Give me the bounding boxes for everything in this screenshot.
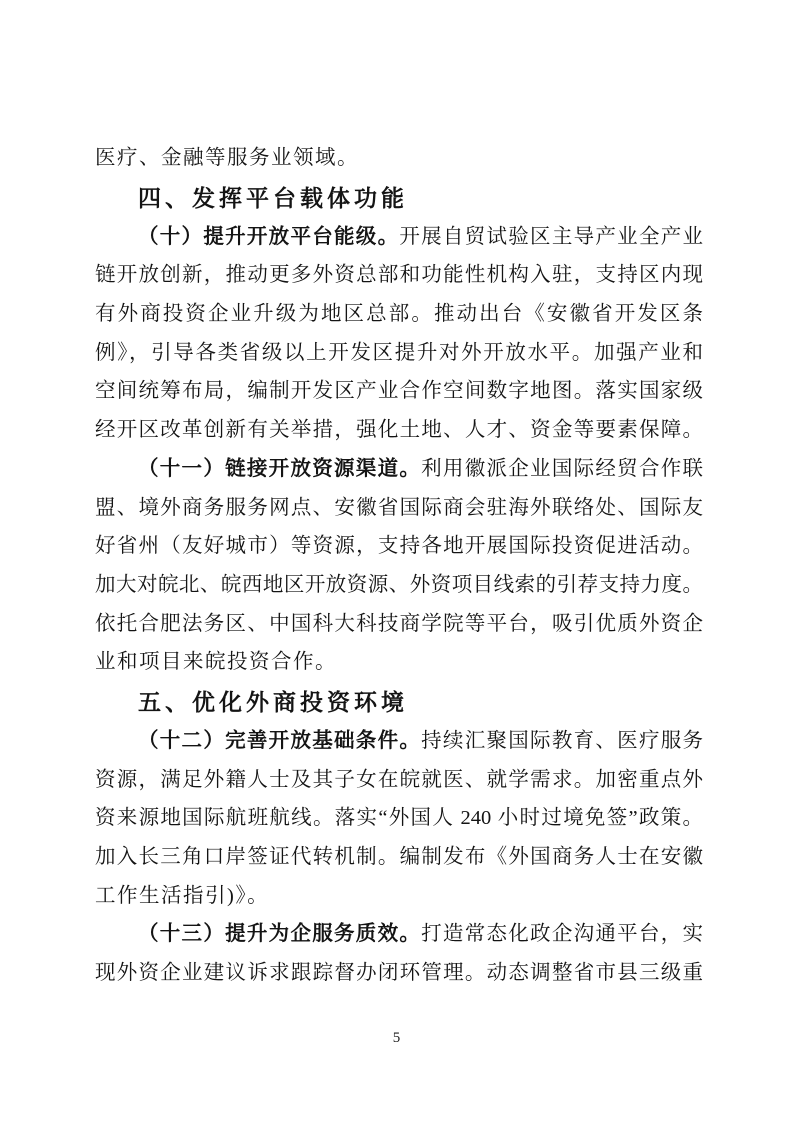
paragraph-lead-text: （十二）完善开放基础条件。 (138, 730, 421, 752)
body-text: 好省州（友好城市）等资源，支持各地开展国际投资促进活动。 (95, 535, 703, 557)
body-text: 空间统筹布局，编制开发区产业合作空间数字地图。落实国家级 (95, 380, 703, 402)
body-text: 经开区改革创新有关举措，强化土地、人才、资金等要素保障。 (95, 419, 703, 441)
para-12-line-4: 加入长三角口岸签证代转机制。编制发布《外国商务人士在安徽 (95, 838, 703, 877)
para-12-line-5: 工作生活指引)》。 (95, 877, 703, 916)
body-text: 例》，引导各类省级以上开发区提升对外开放水平。加强产业和 (95, 342, 703, 364)
para-11-line-2: 盟、境外商务服务网点、安徽省国际商会驻海外联络处、国际友 (95, 489, 703, 528)
para-11-line-3: 好省州（友好城市）等资源，支持各地开展国际投资促进活动。 (95, 527, 703, 566)
body-text: 盟、境外商务服务网点、安徽省国际商会驻海外联络处、国际友 (95, 497, 703, 519)
body-text: 开展自贸试验区主导产业全产业 (399, 226, 703, 248)
body-text: 资来源地国际航班航线。落实“外国人 240 小时过境免签”政策。 (95, 807, 703, 829)
para-11-line-5: 依托合肥法务区、中国科大科技商学院等平台，吸引优质外资企 (95, 605, 703, 644)
para-10-line-1: （十）提升开放平台能级。开展自贸试验区主导产业全产业 (95, 218, 703, 257)
para-12-line-3: 资来源地国际航班航线。落实“外国人 240 小时过境免签”政策。 (95, 799, 703, 838)
para-12-line-1: （十二）完善开放基础条件。持续汇聚国际教育、医疗服务 (95, 722, 703, 761)
para-11-line-4: 加大对皖北、皖西地区开放资源、外资项目线索的引荐支持力度。 (95, 566, 703, 605)
body-text: 持续汇聚国际教育、医疗服务 (421, 730, 703, 752)
para-12-line-2: 资源，满足外籍人士及其子女在皖就医、就学需求。加密重点外 (95, 761, 703, 800)
para-11-line-6: 业和项目来皖投资合作。 (95, 643, 703, 682)
para-10-line-4: 例》，引导各类省级以上开发区提升对外开放水平。加强产业和 (95, 334, 703, 373)
body-text: 医疗、金融等服务业领域。 (95, 147, 359, 169)
paragraph-lead-text: （十一）链接开放资源渠道。 (138, 458, 421, 480)
body-text: 依托合肥法务区、中国科大科技商学院等平台，吸引优质外资企 (95, 613, 703, 635)
section-heading-text: 四、发挥平台载体功能 (138, 185, 408, 211)
para-10-line-5: 空间统筹布局，编制开发区产业合作空间数字地图。落实国家级 (95, 372, 703, 411)
body-text: 工作生活指引)》。 (95, 885, 269, 907)
paragraph-lead-text: （十三）提升为企服务质效。 (138, 923, 421, 945)
para-10-line-2: 链开放创新，推动更多外资总部和功能性机构入驻，支持区内现 (95, 256, 703, 295)
section-heading-text: 五、优化外商投资环境 (138, 689, 408, 715)
body-text: 现外资企业建议诉求跟踪督办闭环管理。动态调整省市县三级重 (95, 962, 703, 984)
body-text: 链开放创新，推动更多外资总部和功能性机构入驻，支持区内现 (95, 264, 703, 286)
para-11-line-1: （十一）链接开放资源渠道。利用徽派企业国际经贸合作联 (95, 450, 703, 489)
para-10-line-6: 经开区改革创新有关举措，强化土地、人才、资金等要素保障。 (95, 411, 703, 450)
body-text: 加大对皖北、皖西地区开放资源、外资项目线索的引荐支持力度。 (95, 574, 703, 596)
para-13-line-1: （十三）提升为企服务质效。打造常态化政企沟通平台，实 (95, 915, 703, 954)
paragraph-lead-text: （十）提升开放平台能级。 (138, 226, 399, 248)
para-prev-last-line: 医疗、金融等服务业领域。 (95, 139, 703, 178)
para-10-line-3: 有外商投资企业升级为地区总部。推动出台《安徽省开发区条 (95, 295, 703, 334)
body-text: 利用徽派企业国际经贸合作联 (421, 458, 703, 480)
para-13-line-2: 现外资企业建议诉求跟踪督办闭环管理。动态调整省市县三级重 (95, 954, 703, 993)
body-text: 有外商投资企业升级为地区总部。推动出台《安徽省开发区条 (95, 303, 703, 325)
document-page: 医疗、金融等服务业领域。四、发挥平台载体功能（十）提升开放平台能级。开展自贸试验… (0, 0, 793, 1122)
section-heading-4: 四、发挥平台载体功能 (95, 178, 703, 218)
body-text: 加入长三角口岸签证代转机制。编制发布《外国商务人士在安徽 (95, 846, 703, 868)
body-text: 打造常态化政企沟通平台，实 (421, 923, 703, 945)
document-body: 医疗、金融等服务业领域。四、发挥平台载体功能（十）提升开放平台能级。开展自贸试验… (95, 139, 703, 993)
section-heading-5: 五、优化外商投资环境 (95, 682, 703, 722)
body-text: 业和项目来皖投资合作。 (95, 651, 337, 673)
page-number: 5 (0, 1030, 793, 1047)
body-text: 资源，满足外籍人士及其子女在皖就医、就学需求。加密重点外 (95, 769, 703, 791)
